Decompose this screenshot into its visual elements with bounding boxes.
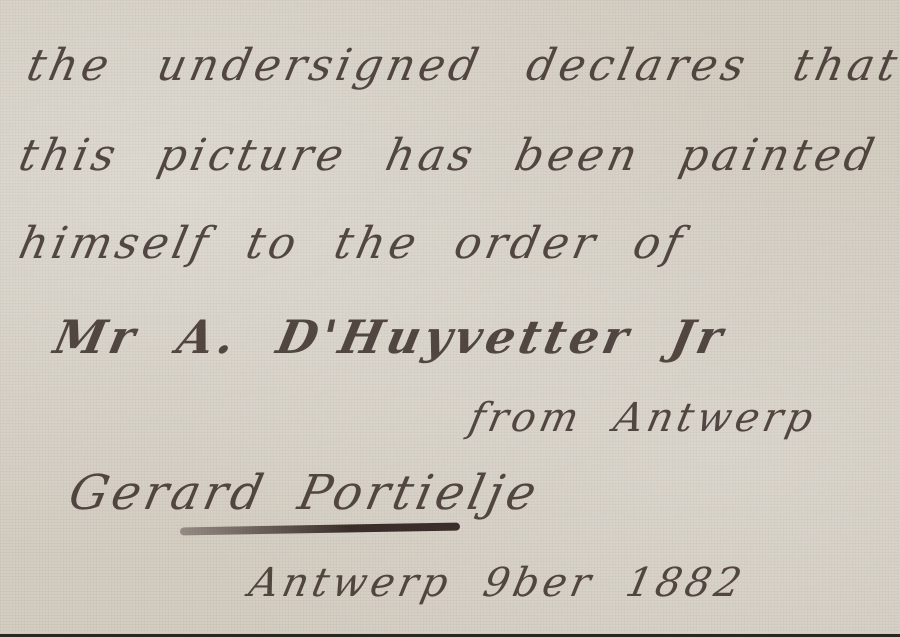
text-line-3: himself to the order of [15,218,691,269]
text-line-1: the undersigned declares that [23,40,900,91]
signature-underline [180,523,460,536]
text-line-2: this picture has been painted by [15,130,900,181]
place-date: Antwerp 9ber 1882 [245,560,749,606]
recipient-origin: from Antwerp [465,395,821,441]
canvas-note: the undersigned declares that this pictu… [0,0,900,637]
signature: Gerard Portielje [64,465,545,521]
recipient-name: Mr A. D'Huyvetter Jr [49,310,731,364]
